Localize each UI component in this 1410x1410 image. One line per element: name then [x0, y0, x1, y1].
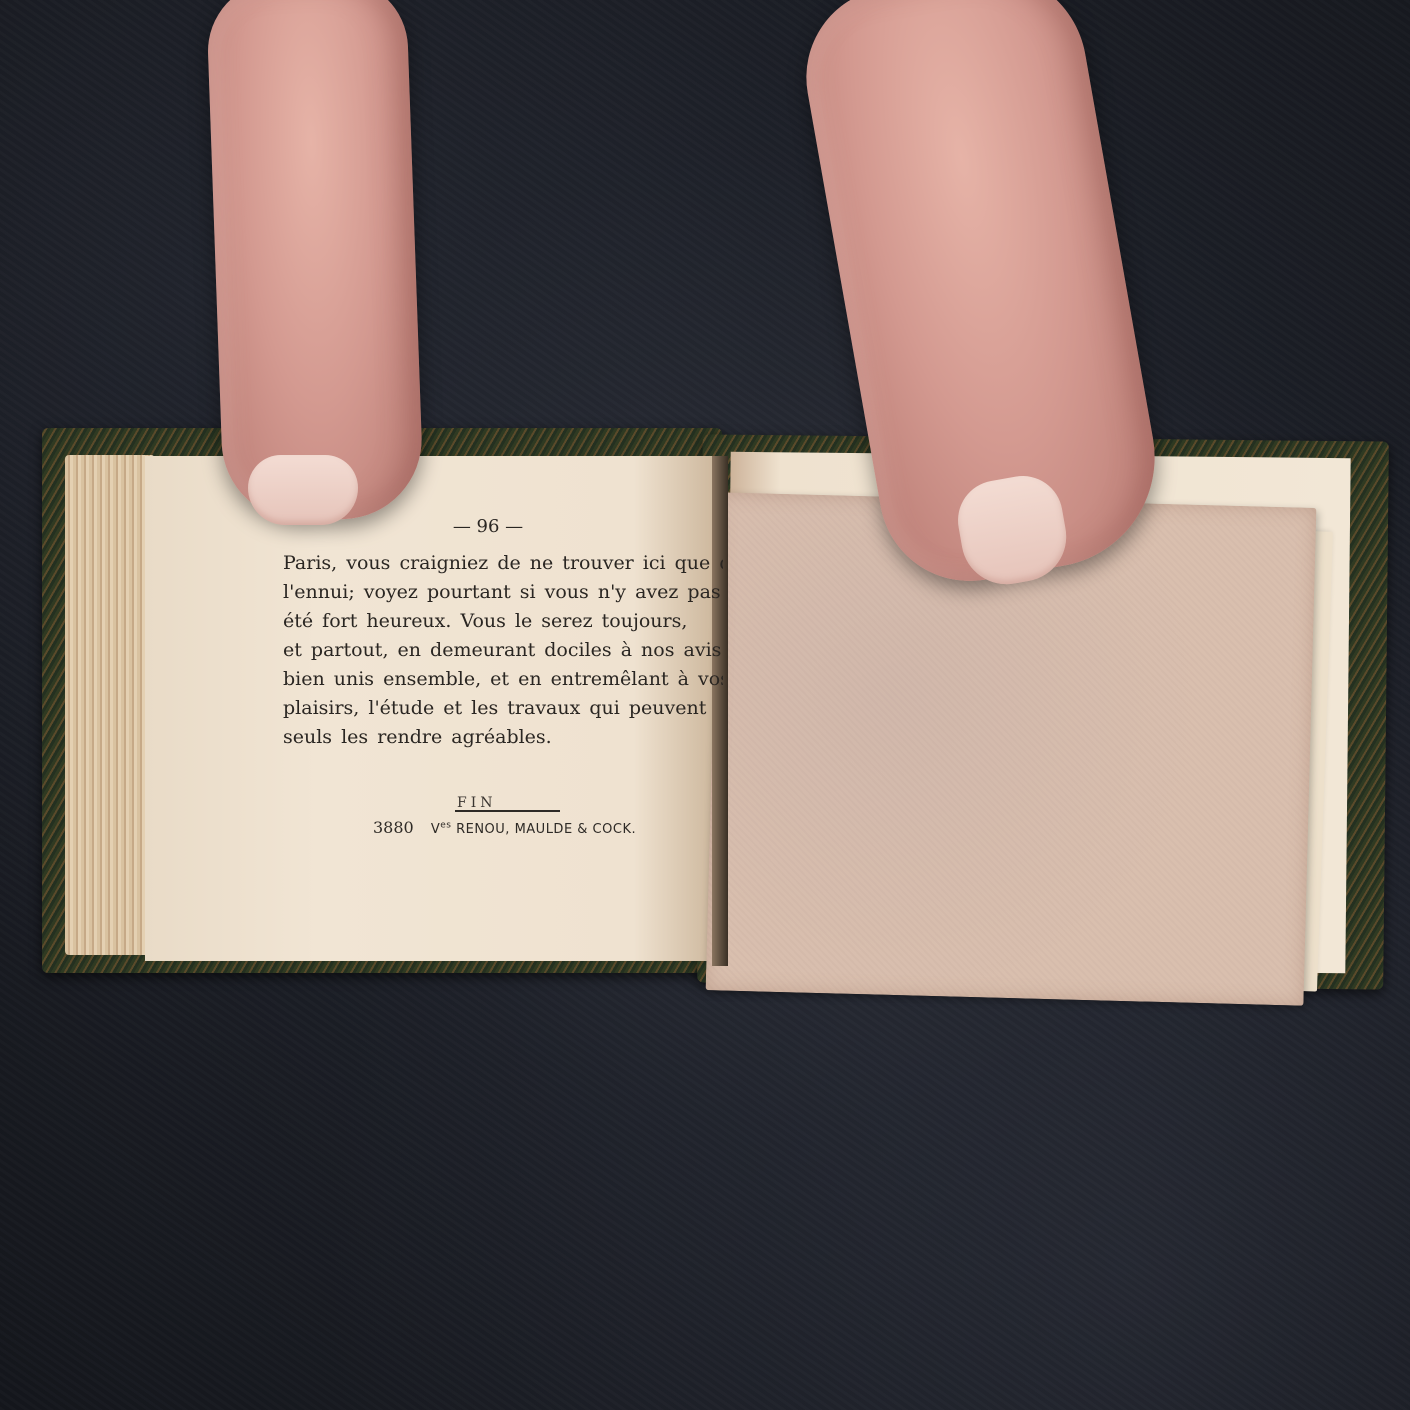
text-line: plaisirs, l'étude et les travaux qui peu…: [283, 694, 723, 723]
left-fingernail: [248, 455, 358, 525]
imprint-publisher: Ves RENOU, MAULDE & COCK.: [431, 822, 636, 837]
text-line: seuls les rendre agréables.: [283, 723, 723, 752]
page-text: — 96 — Paris, vous craigniez de ne trouv…: [283, 512, 723, 752]
text-line: Paris, vous craigniez de ne trouver ici …: [283, 549, 723, 578]
text-line: l'ennui; voyez pourtant si vous n'y avez…: [283, 578, 723, 607]
imprint-number: 3880: [373, 818, 414, 837]
divider-rule: [455, 810, 560, 812]
page-block-edge: [65, 455, 155, 955]
text-line: bien unis ensemble, et en entremêlant à …: [283, 665, 723, 694]
printer-imprint: 3880 Ves RENOU, MAULDE & COCK.: [373, 818, 636, 837]
text-line: et partout, en demeurant dociles à nos a…: [283, 636, 723, 665]
left-finger: [206, 0, 425, 523]
end-mark: FIN: [457, 795, 497, 811]
text-line: été fort heureux. Vous le serez toujours…: [283, 607, 723, 636]
